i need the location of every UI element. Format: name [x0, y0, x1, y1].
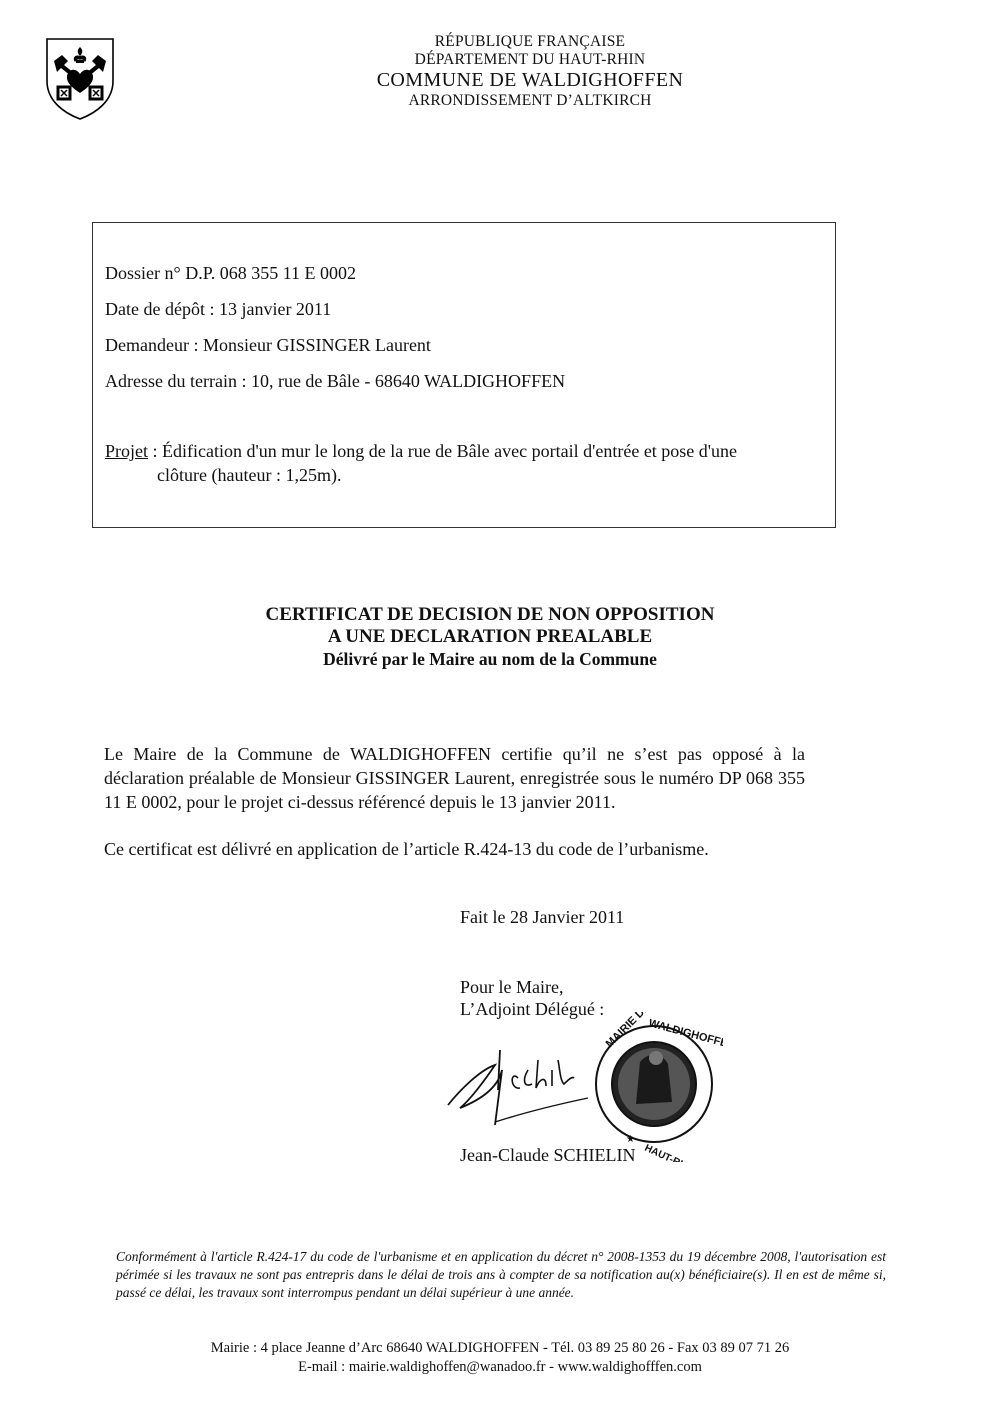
footer-email-web: E-mail : mairie.waldighoffen@wanadoo.fr … — [100, 1358, 900, 1377]
certificate-title: CERTIFICAT DE DECISION DE NON OPPOSITION… — [120, 604, 860, 670]
header-department: DÉPARTEMENT DU HAUT-RHIN — [300, 51, 760, 69]
dossier-box: Dossier n° D.P. 068 355 11 E 0002 Date d… — [92, 222, 836, 528]
dossier-number: Dossier n° D.P. 068 355 11 E 0002 — [105, 263, 356, 284]
header-commune: COMMUNE DE WALDIGHOFFEN — [300, 69, 760, 92]
fait-le-date: Fait le 28 Janvier 2011 — [460, 906, 624, 928]
adjoint-delegue: L’Adjoint Délégué : — [460, 998, 604, 1020]
footer-contact: Mairie : 4 place Jeanne d’Arc 68640 WALD… — [100, 1339, 900, 1377]
coat-of-arms-icon — [44, 35, 116, 121]
title-line1: CERTIFICAT DE DECISION DE NON OPPOSITION — [120, 604, 860, 626]
dossier-adresse: Adresse du terrain : 10, rue de Bâle - 6… — [105, 371, 565, 392]
projet-sep: : — [148, 441, 162, 461]
signatory-name: Jean-Claude SCHIELIN — [460, 1144, 635, 1166]
header-arrondissement: ARRONDISSEMENT D’ALTKIRCH — [300, 92, 760, 110]
mairie-stamp-icon: MAIRIE DE WALDIGHOFFEN HAUT-RHIN ★ — [588, 1012, 723, 1162]
handwritten-signature-icon — [440, 1030, 590, 1140]
header-republic: RÉPUBLIQUE FRANÇAISE — [300, 33, 760, 51]
svg-text:HAUT-RHIN: HAUT-RHIN — [643, 1143, 697, 1162]
pour-le-maire: Pour le Maire, — [460, 976, 563, 998]
dossier-projet: Projet : Édification d'un mur le long de… — [105, 439, 825, 487]
dossier-date-depot: Date de dépôt : 13 janvier 2011 — [105, 299, 331, 320]
footer-address: Mairie : 4 place Jeanne d’Arc 68640 WALD… — [100, 1339, 900, 1358]
projet-label: Projet — [105, 441, 148, 461]
legal-notice: Conformément à l'article R.424-17 du cod… — [116, 1248, 886, 1302]
letterhead: RÉPUBLIQUE FRANÇAISE DÉPARTEMENT DU HAUT… — [300, 33, 760, 109]
dossier-demandeur: Demandeur : Monsieur GISSINGER Laurent — [105, 335, 431, 356]
body-paragraph-1: Le Maire de la Commune de WALDIGHOFFEN c… — [104, 742, 805, 814]
projet-line1: Édification d'un mur le long de la rue d… — [162, 441, 737, 461]
body-paragraph-2: Ce certificat est délivré en application… — [104, 837, 805, 861]
projet-line2: clôture (hauteur : 1,25m). — [105, 463, 825, 487]
title-line2: A UNE DECLARATION PREALABLE — [120, 626, 860, 648]
title-line3: Délivré par le Maire au nom de la Commun… — [120, 648, 860, 670]
